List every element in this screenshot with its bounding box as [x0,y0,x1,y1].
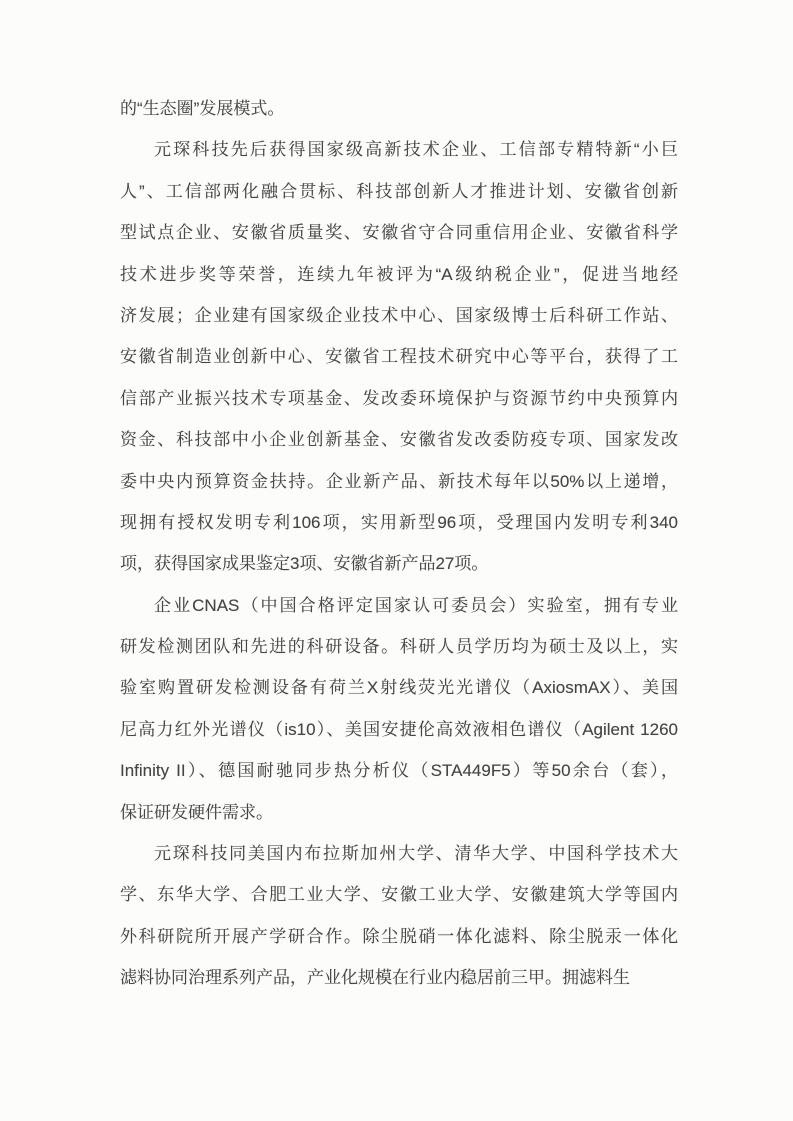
text-block: 的“生态圈”发展模式。 元琛科技先后获得国家级高新技术企业、工信部专精特新“小巨… [120,88,678,999]
text-line: 研发检测团队和先进的科研设备。科研人员学历均为硕士及以上，实 [120,626,678,667]
text-line: 型试点企业、安徽省质量奖、安徽省守合同重信用企业、安徽省科学 [120,212,678,253]
text-line: 元琛科技同美国内布拉斯加州大学、清华大学、中国科学技术大 [120,833,678,874]
text-line: 资金、科技部中小企业创新基金、安徽省发改委防疫专项、国家发改 [120,419,678,460]
text-line: 尼高力红外光谱仪（is10）、美国安捷伦高效液相色谱仪（Agilent 1260 [120,709,678,750]
text-line: 项，获得国家成果鉴定3项、安徽省新产品27项。 [120,543,678,584]
text-line: 人”、工信部两化融合贯标、科技部创新人才推进计划、安徽省创新 [120,171,678,212]
text-line: Infinity II）、德国耐驰同步热分析仪（STA449F5）等50余台（套… [120,750,678,791]
text-line: 企业CNAS（中国合格评定国家认可委员会）实验室，拥有专业 [120,585,678,626]
text-line: 外科研院所开展产学研合作。除尘脱硝一体化滤料、除尘脱汞一体化 [120,916,678,957]
text-line: 学、东华大学、合肥工业大学、安徽工业大学、安徽建筑大学等国内 [120,874,678,915]
text-line: 滤料协同治理系列产品，产业化规模在行业内稳居前三甲。拥滤料生 [120,957,678,998]
text-line: 的“生态圈”发展模式。 [120,88,678,129]
text-line: 元琛科技先后获得国家级高新技术企业、工信部专精特新“小巨 [120,129,678,170]
text-line: 技术进步奖等荣誉，连续九年被评为“A级纳税企业”，促进当地经 [120,254,678,295]
text-line: 保证研发硬件需求。 [120,792,678,833]
text-line: 信部产业振兴技术专项基金、发改委环境保护与资源节约中央预算内 [120,378,678,419]
text-line: 委中央内预算资金扶持。企业新产品、新技术每年以50%以上递增， [120,461,678,502]
text-line: 济发展；企业建有国家级企业技术中心、国家级博士后科研工作站、 [120,295,678,336]
text-line: 安徽省制造业创新中心、安徽省工程技术研究中心等平台，获得了工 [120,336,678,377]
text-line: 验室购置研发检测设备有荷兰X射线荧光光谱仪（AxiosmAX）、美国 [120,667,678,708]
text-line: 现拥有授权发明专利106项，实用新型96项，受理国内发明专利340 [120,502,678,543]
document-page: 的“生态圈”发展模式。 元琛科技先后获得国家级高新技术企业、工信部专精特新“小巨… [0,0,793,1121]
